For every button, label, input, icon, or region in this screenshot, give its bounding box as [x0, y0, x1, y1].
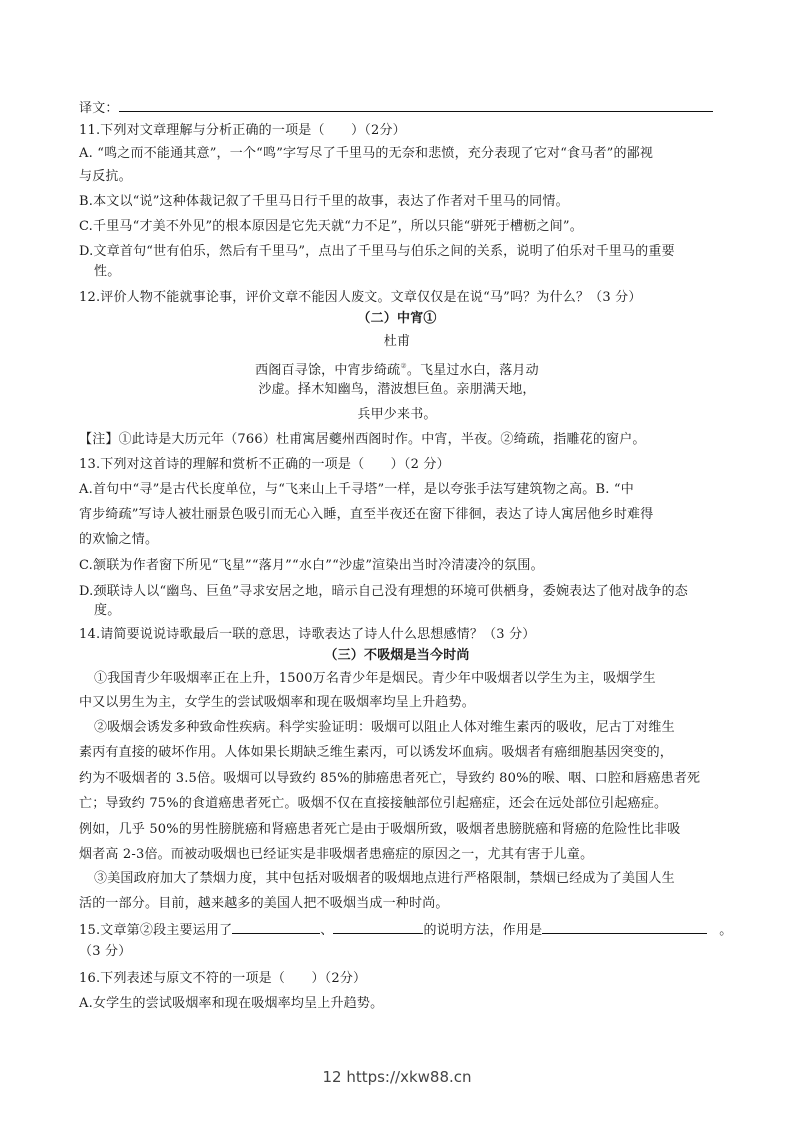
translation-label: 译文： — [79, 101, 119, 116]
q15-row: 15.文章第②段主要运用了、的说明方法，作用是。 — [79, 920, 733, 939]
q15-prefix: 15.文章第②段主要运用了 — [79, 923, 232, 938]
q11-option-a: A. “鸣之而不能通其意”，一个“鸣”字写尽了千里马的无奈和悲愤，充分表现了它对… — [79, 146, 653, 162]
q15-blank-1[interactable] — [232, 920, 320, 934]
q14-stem: 14.请简要说说诗歌最后一联的意思，诗歌表达了诗人什么思想感情？（3 分） — [79, 627, 535, 643]
poem-line-1-after: 。飞星过水白，落月动 — [407, 363, 539, 378]
q15-end: 。 — [719, 923, 732, 938]
poem-line-3: 兵甲少来书。 — [0, 407, 794, 423]
q11-option-c: C.千里马“才美不外见”的根本原因是它先天就“力不足”，所以只能“骈死于槽枥之间… — [79, 219, 583, 235]
translation-row: 译文： — [79, 98, 713, 117]
poem-title: （二）中宵① — [0, 311, 794, 327]
q13-option-b-end: 的欢愉之情。 — [79, 532, 158, 548]
q15-score: （3 分） — [79, 944, 131, 960]
translation-answer-line[interactable] — [119, 98, 713, 112]
q13-option-d-cont: 度。 — [94, 603, 120, 619]
q11-stem: 11.下列对文章理解与分析正确的一项是（ ）（2分） — [79, 123, 406, 139]
essay-line-4: 素丙有直接的破坏作用。人体如果长期缺乏维生素丙，可以诱发坏血病。吸烟者有癌细胞基… — [79, 745, 673, 761]
q11-option-d: D.文章首句“世有伯乐，然后有千里马”，点出了千里马与伯乐之间的关系，说明了伯乐… — [79, 244, 675, 260]
q15-middle: 的说明方法，作用是 — [423, 923, 542, 938]
q13-option-c: C.颔联为作者窗下所见“飞星”“落月”“水白”“沙虚”渲染出当时冷清凄冷的氛围。 — [79, 558, 544, 574]
essay-line-5: 约为不吸烟者的 3.5倍。吸烟可以导致约 85%的肺癌患者死亡，导致约 80%的… — [79, 771, 700, 787]
q11-option-d-cont: 性。 — [94, 264, 120, 280]
essay-line-7: 例如，几乎 50%的男性膀胱癌和肾癌患者死亡是由于吸烟所致，吸烟者患膀胱癌和肾癌… — [79, 822, 680, 838]
poem-line-2: 沙虚。择木知幽鸟，潜波想巨鱼。亲朋满天地， — [0, 382, 794, 398]
essay-line-10: 活的一部分。目前，越来越多的美国人把不吸烟当成一种时尚。 — [79, 896, 449, 912]
page-footer: 12 https://xkw88.cn — [0, 1068, 794, 1086]
essay-title: （三）不吸烟是当今时尚 — [0, 648, 794, 664]
q13-option-d: D.颈联诗人以“幽鸟、巨鱼”寻求安居之地，暗示自己没有理想的环境可供栖身，委婉表… — [79, 584, 688, 600]
essay-line-3: ②吸烟会诱发多种致命性疾病。科学实验证明：吸烟可以阻止人体对维生素丙的吸收，尼古… — [94, 720, 675, 736]
q11-option-a-cont: 与反抗。 — [79, 169, 132, 185]
poem-line-1: 西阁百寻馀，中宵步绮疏②。飞星过水白，落月动 — [0, 358, 794, 379]
essay-line-6: 亡；导致约 75%的食道癌患者死亡。吸烟不仅在直接接触部位引起癌症，还会在远处部… — [79, 796, 667, 812]
q11-option-b: B.本文以“说”这种体裁记叙了千里马日行千里的故事，表达了作者对千里马的同情。 — [79, 194, 569, 210]
q16-stem: 16.下列表述与原文不符的一项是（ ）（2分） — [79, 971, 366, 987]
q15-separator: 、 — [320, 923, 333, 938]
q13-option-b-cont: 宵步绮疏”写诗人被壮丽景色吸引而无心入睡，直至半夜还在窗下徘徊，表达了诗人寓居他… — [79, 507, 653, 523]
essay-line-9: ③美国政府加大了禁烟力度，其中包括对吸烟者的吸烟地点进行严格限制，禁烟已经成为了… — [94, 871, 675, 887]
essay-line-2: 中又以男生为主，女学生的尝试吸烟率和现在吸烟率均呈上升趋势。 — [79, 695, 475, 711]
q12-stem: 12.评价人物不能就事论事，评价文章不能因人废文。文章仅仅是在说“马”吗？为什么… — [79, 290, 642, 306]
q13-stem: 13.下列对这首诗的理解和赏析不正确的一项是（ ）（2 分） — [79, 457, 450, 473]
poem-line-1-before: 西阁百寻馀，中宵步绮疏 — [255, 363, 400, 378]
q13-option-a: A.首句中“寻”是古代长度单位，与“飞来山上千寻塔”一样，是以夸张手法写建筑物之… — [79, 482, 634, 498]
q16-option-a: A.女学生的尝试吸烟率和现在吸烟率均呈上升趋势。 — [79, 996, 383, 1012]
q15-blank-2[interactable] — [333, 920, 423, 934]
essay-line-8: 烟者高 2-3倍。而被动吸烟也已经证实是非吸烟者患癌症的原因之一，尤其有害于儿童… — [79, 847, 593, 863]
poem-author: 杜甫 — [0, 334, 794, 350]
poem-note: 【注】①此诗是大历元年（766）杜甫寓居夔州西阁时作。中宵，半夜。②绮疏，指雕花… — [79, 432, 646, 448]
q15-blank-3[interactable] — [542, 920, 707, 934]
essay-line-1: ①我国青少年吸烟率正在上升，1500万名青少年是烟民。青少年中吸烟者以学生为主，… — [94, 671, 656, 687]
